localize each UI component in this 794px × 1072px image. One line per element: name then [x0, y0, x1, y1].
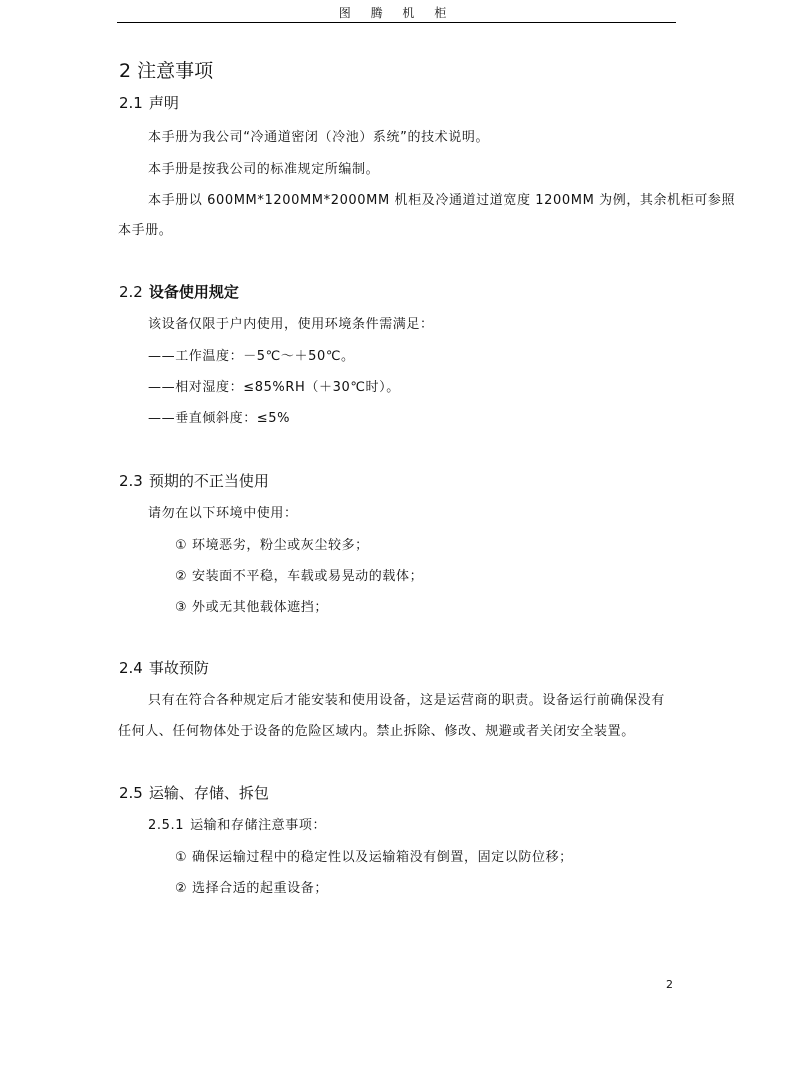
spec-line: ——工作温度：－5℃～＋50℃。	[148, 345, 355, 364]
section-heading-2-2: 2.2设备使用规定	[119, 281, 239, 302]
section-heading-2-1: 2.1声明	[119, 92, 179, 113]
list-item: ① 环境恶劣，粉尘或灰尘较多；	[175, 534, 369, 553]
list-item: ① 确保运输过程中的稳定性以及运输箱没有倒置，固定以防位移；	[175, 846, 573, 865]
section-title: 设备使用规定	[149, 283, 239, 301]
page-number: 2	[666, 978, 673, 991]
header-title: 图 腾 机 柜	[339, 6, 454, 20]
list-item: ② 选择合适的起重设备；	[175, 877, 328, 896]
paragraph: 本手册。	[118, 219, 172, 238]
spec-line: ——相对湿度：≤85%RH（＋30℃时）。	[148, 376, 400, 395]
section-number: 2.1	[119, 94, 143, 112]
section-title: 声明	[149, 94, 179, 112]
page-header: 图 腾 机 柜	[117, 4, 676, 23]
section-title: 运输、存储、拆包	[149, 784, 269, 802]
paragraph: 该设备仅限于户内使用，使用环境条件需满足：	[148, 313, 434, 332]
chapter-title: 注意事项	[137, 60, 213, 82]
paragraph: 本手册为我公司“冷通道密闭（冷池）系统”的技术说明。	[148, 126, 489, 145]
section-title: 事故预防	[149, 659, 209, 677]
paragraph: 只有在符合各种规定后才能安装和使用设备，这是运营商的职责。设备运行前确保没有	[148, 689, 665, 708]
subsection-heading-2-5-1: 2.5.1运输和存储注意事项：	[148, 814, 326, 833]
section-number: 2.5	[119, 784, 143, 802]
paragraph: 任何人、任何物体处于设备的危险区域内。禁止拆除、修改、规避或者关闭安全装置。	[118, 720, 635, 739]
section-heading-2-3: 2.3预期的不正当使用	[119, 470, 269, 491]
section-number: 2.3	[119, 472, 143, 490]
subsection-title: 运输和存储注意事项：	[190, 818, 326, 833]
subsection-number: 2.5.1	[148, 818, 184, 833]
section-number: 2.2	[119, 283, 143, 301]
chapter-number: 2	[119, 60, 131, 82]
chapter-heading: 2 注意事项	[119, 56, 213, 83]
section-heading-2-5: 2.5运输、存储、拆包	[119, 782, 269, 803]
section-heading-2-4: 2.4事故预防	[119, 657, 209, 678]
paragraph: 本手册以 600MM*1200MM*2000MM 机柜及冷通道过道宽度 1200…	[148, 189, 735, 208]
paragraph: 请勿在以下环境中使用：	[148, 502, 298, 521]
spec-line: ——垂直倾斜度：≤5%	[148, 407, 290, 426]
section-title: 预期的不正当使用	[149, 472, 269, 490]
list-item: ③ 外或无其他载体遮挡；	[175, 596, 328, 615]
list-item: ② 安装面不平稳，车载或易晃动的载体；	[175, 565, 423, 584]
section-number: 2.4	[119, 659, 143, 677]
paragraph: 本手册是按我公司的标准规定所编制。	[148, 158, 379, 177]
